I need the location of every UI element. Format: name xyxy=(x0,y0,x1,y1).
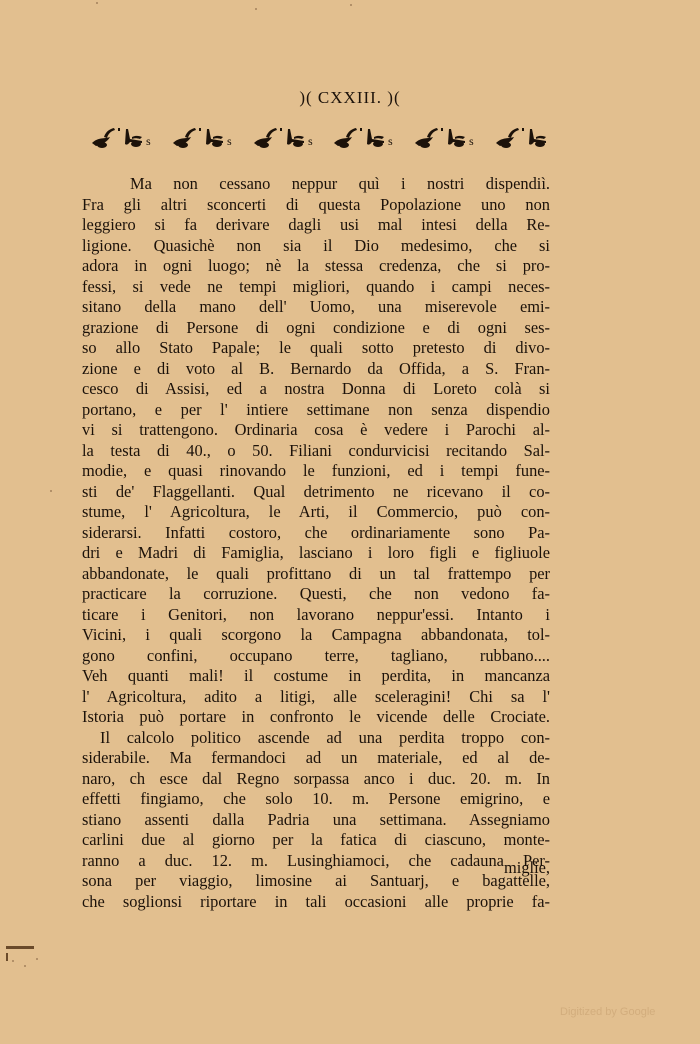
text-line: modie, e quasi rinovando le funzioni, ed… xyxy=(82,461,550,482)
text-line: siderarsi. Infatti costoro, che ordinari… xyxy=(82,523,550,544)
text-line: grazione di Persone di ogni condizione e… xyxy=(82,318,550,339)
svg-text:s: s xyxy=(388,134,393,148)
fleuron-icon: s xyxy=(90,125,164,151)
text-line: ticare i Genitori, non lavorano neppur'e… xyxy=(82,605,550,626)
text-line: portano, e per l' intiere settimane non … xyxy=(82,400,550,421)
paper-speck xyxy=(50,490,52,492)
svg-text:s: s xyxy=(308,134,313,148)
digitization-watermark: Digitized by Google xyxy=(560,1006,655,1018)
paper-speck xyxy=(12,960,14,962)
text-line: effetti fingiamo, che solo 10. m. Person… xyxy=(82,789,550,810)
paper-speck xyxy=(96,2,98,4)
fleuron-icon: s xyxy=(413,125,487,151)
body-text: Ma non cessano neppur quì i nostri dispe… xyxy=(82,174,550,912)
text-line: naro, ch esce dal Regno sorpassa anco i … xyxy=(82,769,550,790)
text-line: sti de' Flaggellanti. Qual detrimento ne… xyxy=(82,482,550,503)
fleuron-icon xyxy=(494,125,550,151)
text-line: so allo Stato Papale; le quali sotto pre… xyxy=(82,338,550,359)
text-line: carlini due al giorno per la fatica di c… xyxy=(82,830,550,851)
paper-speck xyxy=(255,8,257,10)
margin-ink-mark xyxy=(6,946,34,949)
text-line: adora in ogni luogo; nè la stessa creden… xyxy=(82,256,550,277)
paper-speck xyxy=(350,4,352,6)
text-line: sitano della mano dell' Uomo, una misere… xyxy=(82,297,550,318)
book-page: )( CXXIII. )( s s xyxy=(0,0,700,1044)
text-line: vi si trattengono. Ordinaria cosa è vede… xyxy=(82,420,550,441)
text-line: Istoria può portare in confronto le vice… xyxy=(82,707,550,728)
text-line: Veh quanti mali! il costume in perdita, … xyxy=(82,666,550,687)
text-line: siderabile. Ma fermandoci ad un material… xyxy=(82,748,550,769)
text-line: cesco di Assisi, ed a nostra Donna di Lo… xyxy=(82,379,550,400)
text-line: fessi, si vede ne tempi migliori, quando… xyxy=(82,277,550,298)
text-line: practicare la corruzione. Questi, che no… xyxy=(82,584,550,605)
text-line: abbandonate, le quali profittano di un t… xyxy=(82,564,550,585)
text-line: Vicini, i quali scorgono la Campagna abb… xyxy=(82,625,550,646)
text-line: stume, l' Agricoltura, le Arti, il Comme… xyxy=(82,502,550,523)
text-line: zione e di voto al B. Bernardo da Offida… xyxy=(82,359,550,380)
fleuron-icon: s xyxy=(252,125,326,151)
fleuron-icon: s xyxy=(171,125,245,151)
running-head-page-number: )( CXXIII. )( xyxy=(0,88,700,108)
text-line: gono confini, occupano terre, tagliano, … xyxy=(82,646,550,667)
margin-ink-mark xyxy=(6,953,8,961)
paper-speck xyxy=(24,965,26,967)
paper-speck xyxy=(36,958,38,960)
text-line: Fra gli altri sconcerti di questa Popola… xyxy=(82,195,550,216)
svg-text:s: s xyxy=(469,134,474,148)
catchword: miglie, xyxy=(440,858,550,878)
svg-text:s: s xyxy=(146,134,151,148)
fleuron-ornament-band: s s s xyxy=(90,122,550,154)
text-line: ligione. Quasichè non sia il Dio medesim… xyxy=(82,236,550,257)
text-line: la testa di 40., o 50. Filiani condurvic… xyxy=(82,441,550,462)
text-line: che soglionsi riportare in tali occasion… xyxy=(82,892,550,913)
text-line: leggiero si fa derivare dagli usi mal in… xyxy=(82,215,550,236)
text-line: dri e Madri di Famiglia, lasciano i loro… xyxy=(82,543,550,564)
text-line: stiano assenti dalla Padria una settiman… xyxy=(82,810,550,831)
fleuron-icon: s xyxy=(332,125,406,151)
text-line: Ma non cessano neppur quì i nostri dispe… xyxy=(82,174,550,195)
svg-text:s: s xyxy=(227,134,232,148)
text-line-paragraph-start: Il calcolo politico ascende ad una perdi… xyxy=(82,728,550,749)
text-line: l' Agricoltura, adito a litigi, alle sce… xyxy=(82,687,550,708)
